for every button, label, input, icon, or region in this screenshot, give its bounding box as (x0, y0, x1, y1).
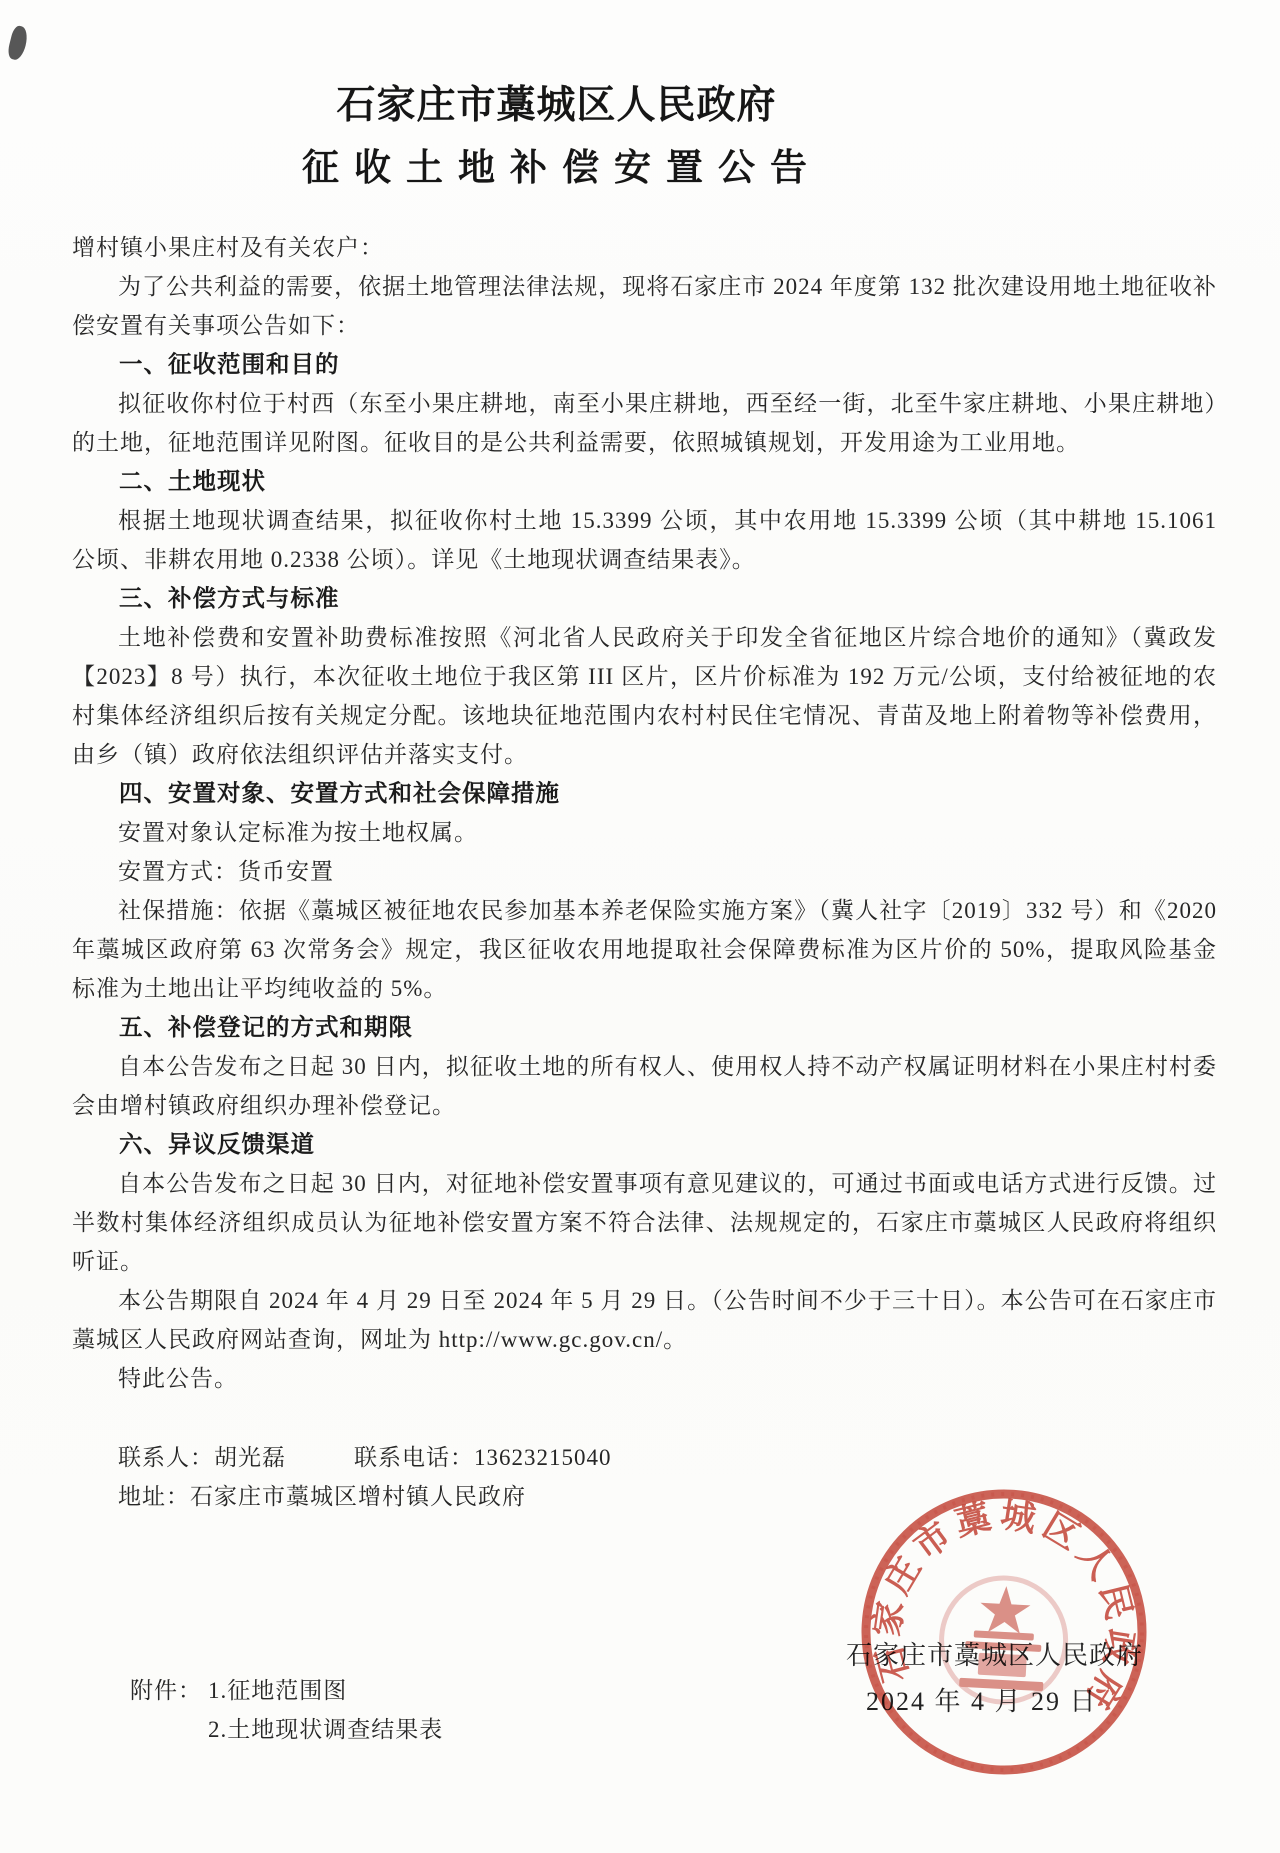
section-2-paragraph: 根据土地现状调查结果，拟征收你村土地 15.3399 公顷，其中农用地 15.3… (72, 501, 1217, 579)
section-3-paragraph: 土地补偿费和安置补助费标准按照《河北省人民政府关于印发全省征地区片综合地价的通知… (72, 618, 1217, 774)
attachments-list: 1.征地范围图 2.土地现状调查结果表 (208, 1671, 443, 1749)
intro-paragraph: 为了公共利益的需要，依据土地管理法律法规，现将石家庄市 2024 年度第 132… (72, 267, 1217, 345)
attachment-item-2: 2.土地现状调查结果表 (208, 1710, 443, 1749)
section-objection-channel: 六、异议反馈渠道 自本公告发布之日起 30 日内，对征地补偿安置事项有意见建议的… (72, 1125, 1217, 1359)
section-compensation-standard: 三、补偿方式与标准 土地补偿费和安置补助费标准按照《河北省人民政府关于印发全省征… (72, 579, 1217, 774)
section-2-heading: 二、土地现状 (72, 462, 1217, 501)
section-3-heading: 三、补偿方式与标准 (72, 579, 1217, 618)
section-land-status: 二、土地现状 根据土地现状调查结果，拟征收你村土地 15.3399 公顷，其中农… (72, 462, 1217, 579)
section-5-paragraph: 自本公告发布之日起 30 日内，拟征收土地的所有权人、使用权人持不动产权属证明材… (72, 1047, 1217, 1125)
section-1-heading: 一、征收范围和目的 (72, 345, 1217, 384)
contact-phone-number: 13623215040 (474, 1445, 612, 1470)
document-title: 征收土地补偿安置公告 (0, 144, 1127, 192)
address-value: 石家庄市藁城区增村镇人民政府 (190, 1484, 526, 1509)
scan-artifact (6, 25, 30, 62)
section-4-heading: 四、安置对象、安置方式和社会保障措施 (72, 774, 1217, 813)
section-4-paragraph-2: 安置方式：货币安置 (72, 852, 1217, 891)
contact-person-label: 联系人： (118, 1445, 214, 1470)
section-registration-deadline: 五、补偿登记的方式和期限 自本公告发布之日起 30 日内，拟征收土地的所有权人、… (72, 1008, 1217, 1125)
contact-person-name: 胡光磊 (214, 1445, 286, 1470)
contact-phone-label: 联系电话： (354, 1445, 474, 1470)
attachment-item-1: 1.征地范围图 (208, 1671, 443, 1710)
scanned-announcement-page: 石家庄市藁城区人民政府 征收土地补偿安置公告 增村镇小果庄村及有关农户： 为了公… (0, 0, 1280, 1853)
government-seal: 石家庄市藁城区人民政府 (846, 1474, 1161, 1789)
issuing-authority-title: 石家庄市藁城区人民政府 (0, 84, 1129, 128)
attachments-label: 附件： (130, 1671, 202, 1710)
closing-statement: 特此公告。 (72, 1359, 1217, 1398)
section-4-paragraph-1: 安置对象认定标准为按土地权属。 (72, 813, 1217, 852)
section-6-heading: 六、异议反馈渠道 (72, 1125, 1217, 1164)
section-1-paragraph: 拟征收你村位于村西（东至小果庄耕地，南至小果庄耕地，西至经一街，北至牛家庄耕地、… (72, 384, 1217, 462)
seal-emblem (938, 1575, 1068, 1705)
contact-line: 联系人：胡光磊联系电话：13623215040 (72, 1438, 1217, 1477)
section-6-paragraph-2: 本公告期限自 2024 年 4 月 29 日至 2024 年 5 月 29 日。… (72, 1281, 1217, 1359)
section-5-heading: 五、补偿登记的方式和期限 (72, 1008, 1217, 1047)
salutation: 增村镇小果庄村及有关农户： (72, 228, 1217, 267)
section-4-paragraph-3: 社保措施：依据《藁城区被征地农民参加基本养老保险实施方案》（冀人社字〔2019〕… (72, 891, 1217, 1008)
section-6-paragraph-1: 自本公告发布之日起 30 日内，对征地补偿安置事项有意见建议的，可通过书面或电话… (72, 1164, 1217, 1281)
section-scope-purpose: 一、征收范围和目的 拟征收你村位于村西（东至小果庄耕地，南至小果庄耕地，西至经一… (72, 345, 1217, 462)
address-label: 地址： (118, 1484, 190, 1509)
section-resettlement-social-security: 四、安置对象、安置方式和社会保障措施 安置对象认定标准为按土地权属。 安置方式：… (72, 774, 1217, 1008)
